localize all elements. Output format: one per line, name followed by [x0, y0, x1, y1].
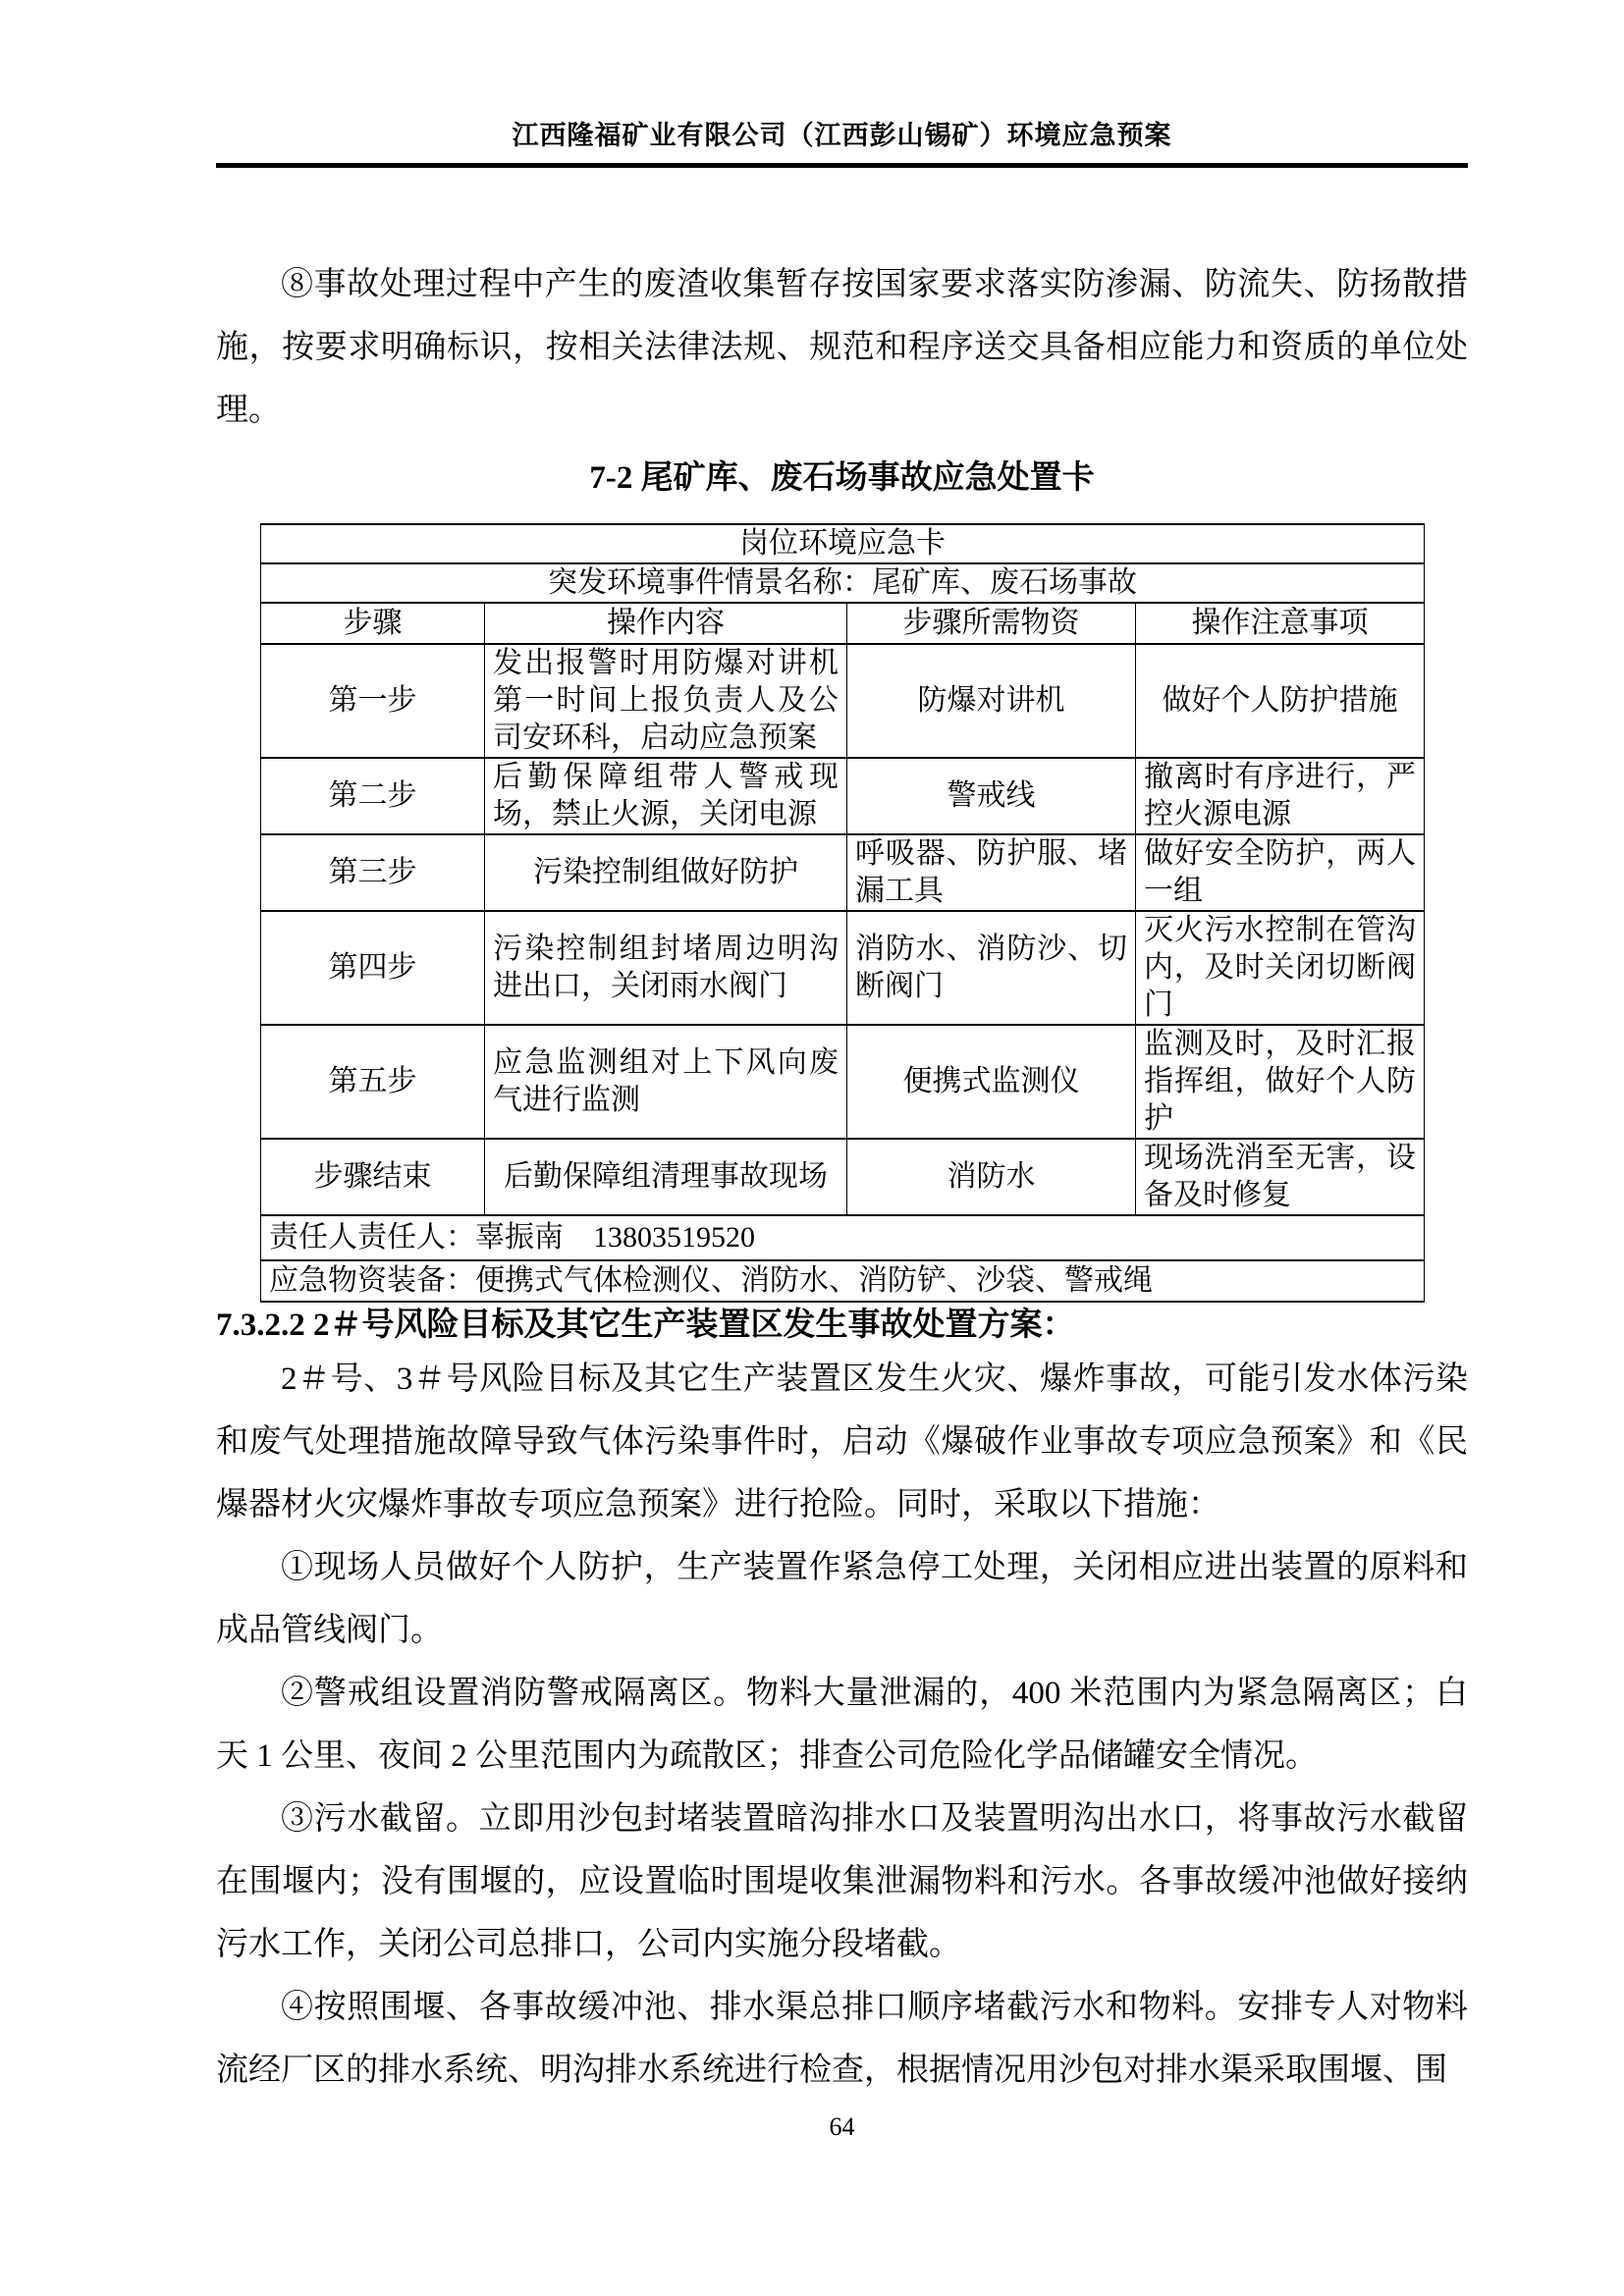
paragraph-measure-3: ③污水截留。立即用沙包封堵装置暗沟排水口及装置明沟出水口，将事故污水截留在围堰内… [216, 1788, 1468, 1976]
materials-cell: 消防水 [847, 1139, 1136, 1215]
paragraph-measure-1: ①现场人员做好个人防护，生产装置作紧急停工处理，关闭相应进出装置的原料和成品管线… [216, 1536, 1468, 1662]
materials-cell: 便携式监测仪 [847, 1025, 1136, 1139]
table-row-step3: 第三步 污染控制组做好防护 呼吸器、防护服、堵漏工具 做好安全防护，两人一组 [261, 834, 1425, 911]
paragraph-risk-targets: 2＃号、3＃号风险目标及其它生产装置区发生火灾、爆炸事故，可能引发水体污染和废气… [216, 1348, 1468, 1536]
paragraph-waste-handling: ⑧事故处理过程中产生的废渣收集暂存按国家要求落实防渗漏、防流失、防扬散措施，按要… [216, 253, 1468, 442]
action-cell: 污染控制组做好防护 [485, 834, 847, 911]
section-heading: 7.3.2.2 2＃号风险目标及其它生产装置区发生事故处置方案： [216, 1303, 1468, 1348]
col-header-materials: 步骤所需物资 [847, 603, 1136, 644]
materials-cell: 消防水、消防沙、切断阀门 [847, 911, 1136, 1025]
action-cell: 应急监测组对上下风向废气进行监测 [485, 1025, 847, 1139]
header-rule [216, 163, 1468, 168]
table-title-row: 岗位环境应急卡 [261, 524, 1425, 563]
page-number: 64 [216, 2112, 1468, 2142]
action-cell: 污染控制组封堵周边明沟进出口，关闭雨水阀门 [485, 911, 847, 1025]
table-row-step1: 第一步 发出报警时用防爆对讲机第一时间上报负责人及公司安环科，启动应急预案 防爆… [261, 644, 1425, 758]
action-cell: 发出报警时用防爆对讲机第一时间上报负责人及公司安环科，启动应急预案 [485, 644, 847, 758]
responsible-cell: 责任人责任人：辜振南 13803519520 [261, 1215, 1425, 1260]
scenario-cell: 突发环境事件情景名称：尾矿库、废石场事故 [261, 563, 1425, 603]
card-title-cell: 岗位环境应急卡 [261, 524, 1425, 563]
action-cell: 后勤保障组清理事故现场 [485, 1139, 847, 1215]
step-cell: 第一步 [261, 644, 485, 758]
table-supplies-row: 应急物资装备：便携式气体检测仪、消防水、消防铲、沙袋、警戒绳 [261, 1260, 1425, 1302]
step-cell: 第三步 [261, 834, 485, 911]
notes-cell: 灭火污水控制在管沟内，及时关闭切断阀门 [1136, 911, 1425, 1025]
table-row-final-step: 步骤结束 后勤保障组清理事故现场 消防水 现场洗消至无害，设备及时修复 [261, 1139, 1425, 1215]
notes-cell: 撤离时有序进行，严控火源电源 [1136, 758, 1425, 834]
paragraph-measure-4: ④按照围堰、各事故缓冲池、排水渠总排口顺序堵截污水和物料。安排专人对物料流经厂区… [216, 1976, 1468, 2102]
step-cell: 第五步 [261, 1025, 485, 1139]
materials-cell: 呼吸器、防护服、堵漏工具 [847, 834, 1136, 911]
table-row-step5: 第五步 应急监测组对上下风向废气进行监测 便携式监测仪 监测及时，及时汇报指挥组… [261, 1025, 1425, 1139]
col-header-notes: 操作注意事项 [1136, 603, 1425, 644]
emergency-card-table: 岗位环境应急卡 突发环境事件情景名称：尾矿库、废石场事故 步骤 操作内容 步骤所… [260, 523, 1425, 1303]
supplies-cell: 应急物资装备：便携式气体检测仪、消防水、消防铲、沙袋、警戒绳 [261, 1260, 1425, 1302]
page-content: ⑧事故处理过程中产生的废渣收集暂存按国家要求落实防渗漏、防流失、防扬散措施，按要… [216, 253, 1468, 2102]
col-header-action: 操作内容 [485, 603, 847, 644]
table-caption: 7-2 尾矿库、废石场事故应急处置卡 [216, 456, 1468, 500]
table-responsible-row: 责任人责任人：辜振南 13803519520 [261, 1215, 1425, 1260]
materials-cell: 警戒线 [847, 758, 1136, 834]
notes-cell: 做好安全防护，两人一组 [1136, 834, 1425, 911]
table-header-row: 步骤 操作内容 步骤所需物资 操作注意事项 [261, 603, 1425, 644]
materials-cell: 防爆对讲机 [847, 644, 1136, 758]
step-cell: 第四步 [261, 911, 485, 1025]
action-cell: 后勤保障组带人警戒现场，禁止火源，关闭电源 [485, 758, 847, 834]
notes-cell: 现场洗消至无害，设备及时修复 [1136, 1139, 1425, 1215]
table-row-step2: 第二步 后勤保障组带人警戒现场，禁止火源，关闭电源 警戒线 撤离时有序进行，严控… [261, 758, 1425, 834]
col-header-step: 步骤 [261, 603, 485, 644]
paragraph-measure-2: ②警戒组设置消防警戒隔离区。物料大量泄漏的，400 米范围内为紧急隔离区；白天 … [216, 1662, 1468, 1788]
table-scenario-row: 突发环境事件情景名称：尾矿库、废石场事故 [261, 563, 1425, 603]
table-row-step4: 第四步 污染控制组封堵周边明沟进出口，关闭雨水阀门 消防水、消防沙、切断阀门 灭… [261, 911, 1425, 1025]
step-cell: 第二步 [261, 758, 485, 834]
page-header-title: 江西隆福矿业有限公司（江西彭山锡矿）环境应急预案 [216, 114, 1468, 152]
notes-cell: 做好个人防护措施 [1136, 644, 1425, 758]
step-cell: 步骤结束 [261, 1139, 485, 1215]
notes-cell: 监测及时，及时汇报指挥组，做好个人防护 [1136, 1025, 1425, 1139]
document-page: 江西隆福矿业有限公司（江西彭山锡矿）环境应急预案 ⑧事故处理过程中产生的废渣收集… [0, 0, 1624, 2296]
